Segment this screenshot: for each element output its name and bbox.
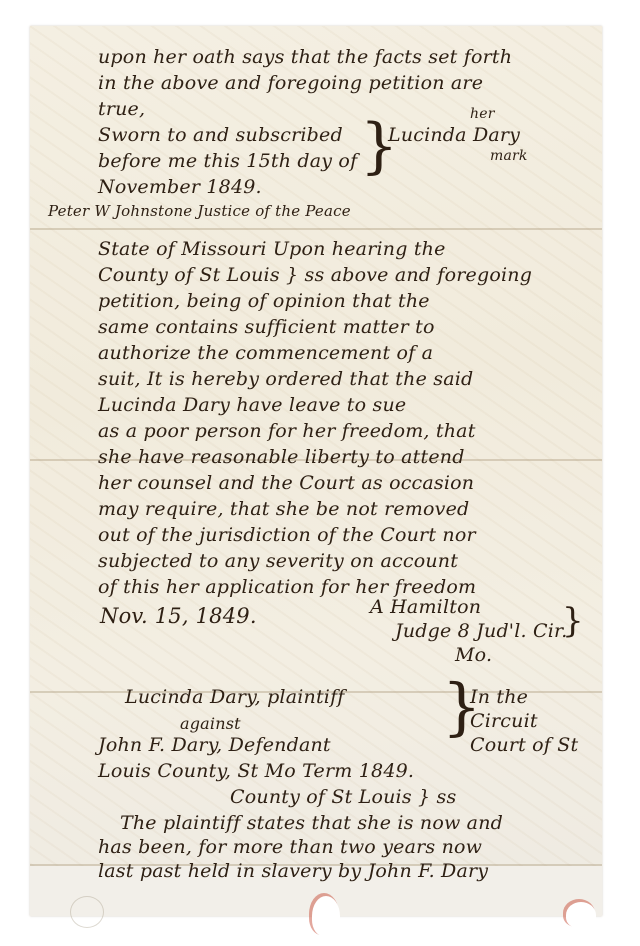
order-line: State of Missouri Upon hearing the <box>98 238 446 260</box>
order-line: out of the jurisdiction of the Court nor <box>98 524 476 546</box>
court-line: In the <box>470 686 528 708</box>
order-line: she have reasonable liberty to attend <box>98 446 465 468</box>
order-line: of this her application for her freedom <box>98 576 476 598</box>
torn-hole <box>312 896 340 936</box>
judge-state: Mo. <box>455 644 492 666</box>
embossed-seal-icon <box>70 896 104 928</box>
judge-title: Judge 8 Jud'l. Cir. <box>395 620 567 642</box>
manuscript-page: upon her oath says that the facts set fo… <box>30 26 602 916</box>
signer-name: Lucinda Dary <box>388 124 520 146</box>
caption-plaintiff: Lucinda Dary, plaintiff <box>125 686 345 708</box>
affidavit-line: in the above and foregoing petition are <box>98 72 483 94</box>
justice-signature: Peter W Johnstone Justice of the Peace <box>48 202 351 220</box>
caption-versus: against <box>180 714 241 733</box>
order-date: Nov. 15, 1849. <box>100 604 257 628</box>
order-line: petition, being of opinion that the <box>98 290 430 312</box>
court-line: Court of St <box>470 734 578 756</box>
venue-line: County of St Louis } ss <box>230 786 456 808</box>
jurat-line: before me this 15th day of <box>98 150 357 172</box>
affidavit-line: upon her oath says that the facts set fo… <box>98 46 512 68</box>
signer-mark-label: mark <box>490 148 528 164</box>
jurat-line: Sworn to and subscribed <box>98 124 343 146</box>
order-line: as a poor person for her freedom, that <box>98 420 476 442</box>
order-line: her counsel and the Court as occasion <box>98 472 474 494</box>
order-line: Lucinda Dary have leave to sue <box>98 394 406 416</box>
jurat-line: November 1849. <box>98 176 262 198</box>
court-line: Circuit <box>470 710 538 732</box>
torn-hole <box>566 902 596 928</box>
fold-line <box>30 228 602 230</box>
petition-line: has been, for more than two years now <box>98 836 482 858</box>
term-line: Louis County, St Mo Term 1849. <box>98 760 414 782</box>
caption-defendant: John F. Dary, Defendant <box>98 734 331 756</box>
judge-signature: A Hamilton <box>370 596 481 618</box>
order-line: subjected to any severity on account <box>98 550 458 572</box>
brace-icon: } <box>562 601 584 641</box>
order-line: same contains sufficient matter to <box>98 316 435 338</box>
signer-mark-her: her <box>470 106 495 122</box>
order-line: authorize the commencement of a <box>98 342 433 364</box>
order-line: may require, that she be not removed <box>98 498 469 520</box>
affidavit-line: true, <box>98 98 145 120</box>
petition-line: The plaintiff states that she is now and <box>120 812 503 834</box>
petition-line: last past held in slavery by John F. Dar… <box>98 860 488 882</box>
order-line: suit, It is hereby ordered that the said <box>98 368 473 390</box>
order-line: County of St Louis } ss above and forego… <box>98 264 532 286</box>
